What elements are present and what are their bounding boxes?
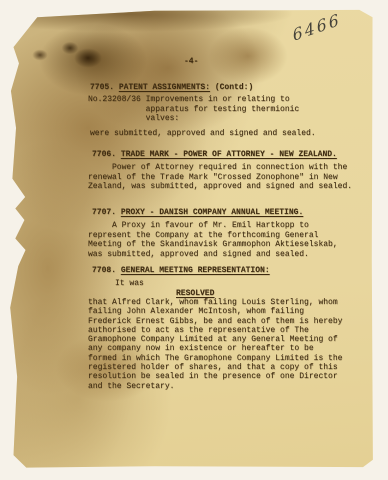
section-number: 7707. bbox=[92, 208, 121, 217]
section-heading: 7707. PROXY - DANISH COMPANY ANNUAL MEET… bbox=[92, 208, 303, 218]
patent-closing-line: were submitted, approved and signed and … bbox=[90, 129, 316, 139]
section-number: 7706. bbox=[92, 150, 121, 159]
resolution-paragraph: that Alfred Clark, whom failing Louis St… bbox=[88, 298, 342, 391]
proxy-paragraph: A Proxy in favour of Mr. Emil Hartkopp t… bbox=[88, 221, 338, 259]
section-number: 7705. bbox=[90, 83, 119, 92]
section-heading: 7708. GENERAL MEETING REPRESENTATION: bbox=[92, 266, 270, 276]
section-number: 7708. bbox=[92, 266, 121, 275]
section-suffix: (Contd:) bbox=[210, 83, 253, 92]
scanned-document-page: 6466 -4- 7705. PATENT ASSIGNMENTS: (Cont… bbox=[0, 0, 388, 480]
trade-mark-paragraph: Power of Attorney required in connection… bbox=[88, 163, 352, 192]
resolution-intro: It was bbox=[115, 279, 144, 289]
section-title: PATENT ASSIGNMENTS: bbox=[119, 83, 210, 92]
section-title: TRADE MARK - POWER OF ATTORNEY - NEW ZEA… bbox=[121, 150, 337, 159]
section-heading: 7706. TRADE MARK - POWER OF ATTORNEY - N… bbox=[92, 150, 337, 160]
section-heading: 7705. PATENT ASSIGNMENTS: (Contd:) bbox=[90, 83, 253, 93]
section-title: PROXY - DANISH COMPANY ANNUAL MEETING. bbox=[121, 208, 303, 217]
page-number: -4- bbox=[184, 57, 198, 67]
section-title: GENERAL MEETING REPRESENTATION: bbox=[121, 266, 270, 275]
patent-description: No.23208/36 Improvements in or relating … bbox=[88, 95, 299, 124]
